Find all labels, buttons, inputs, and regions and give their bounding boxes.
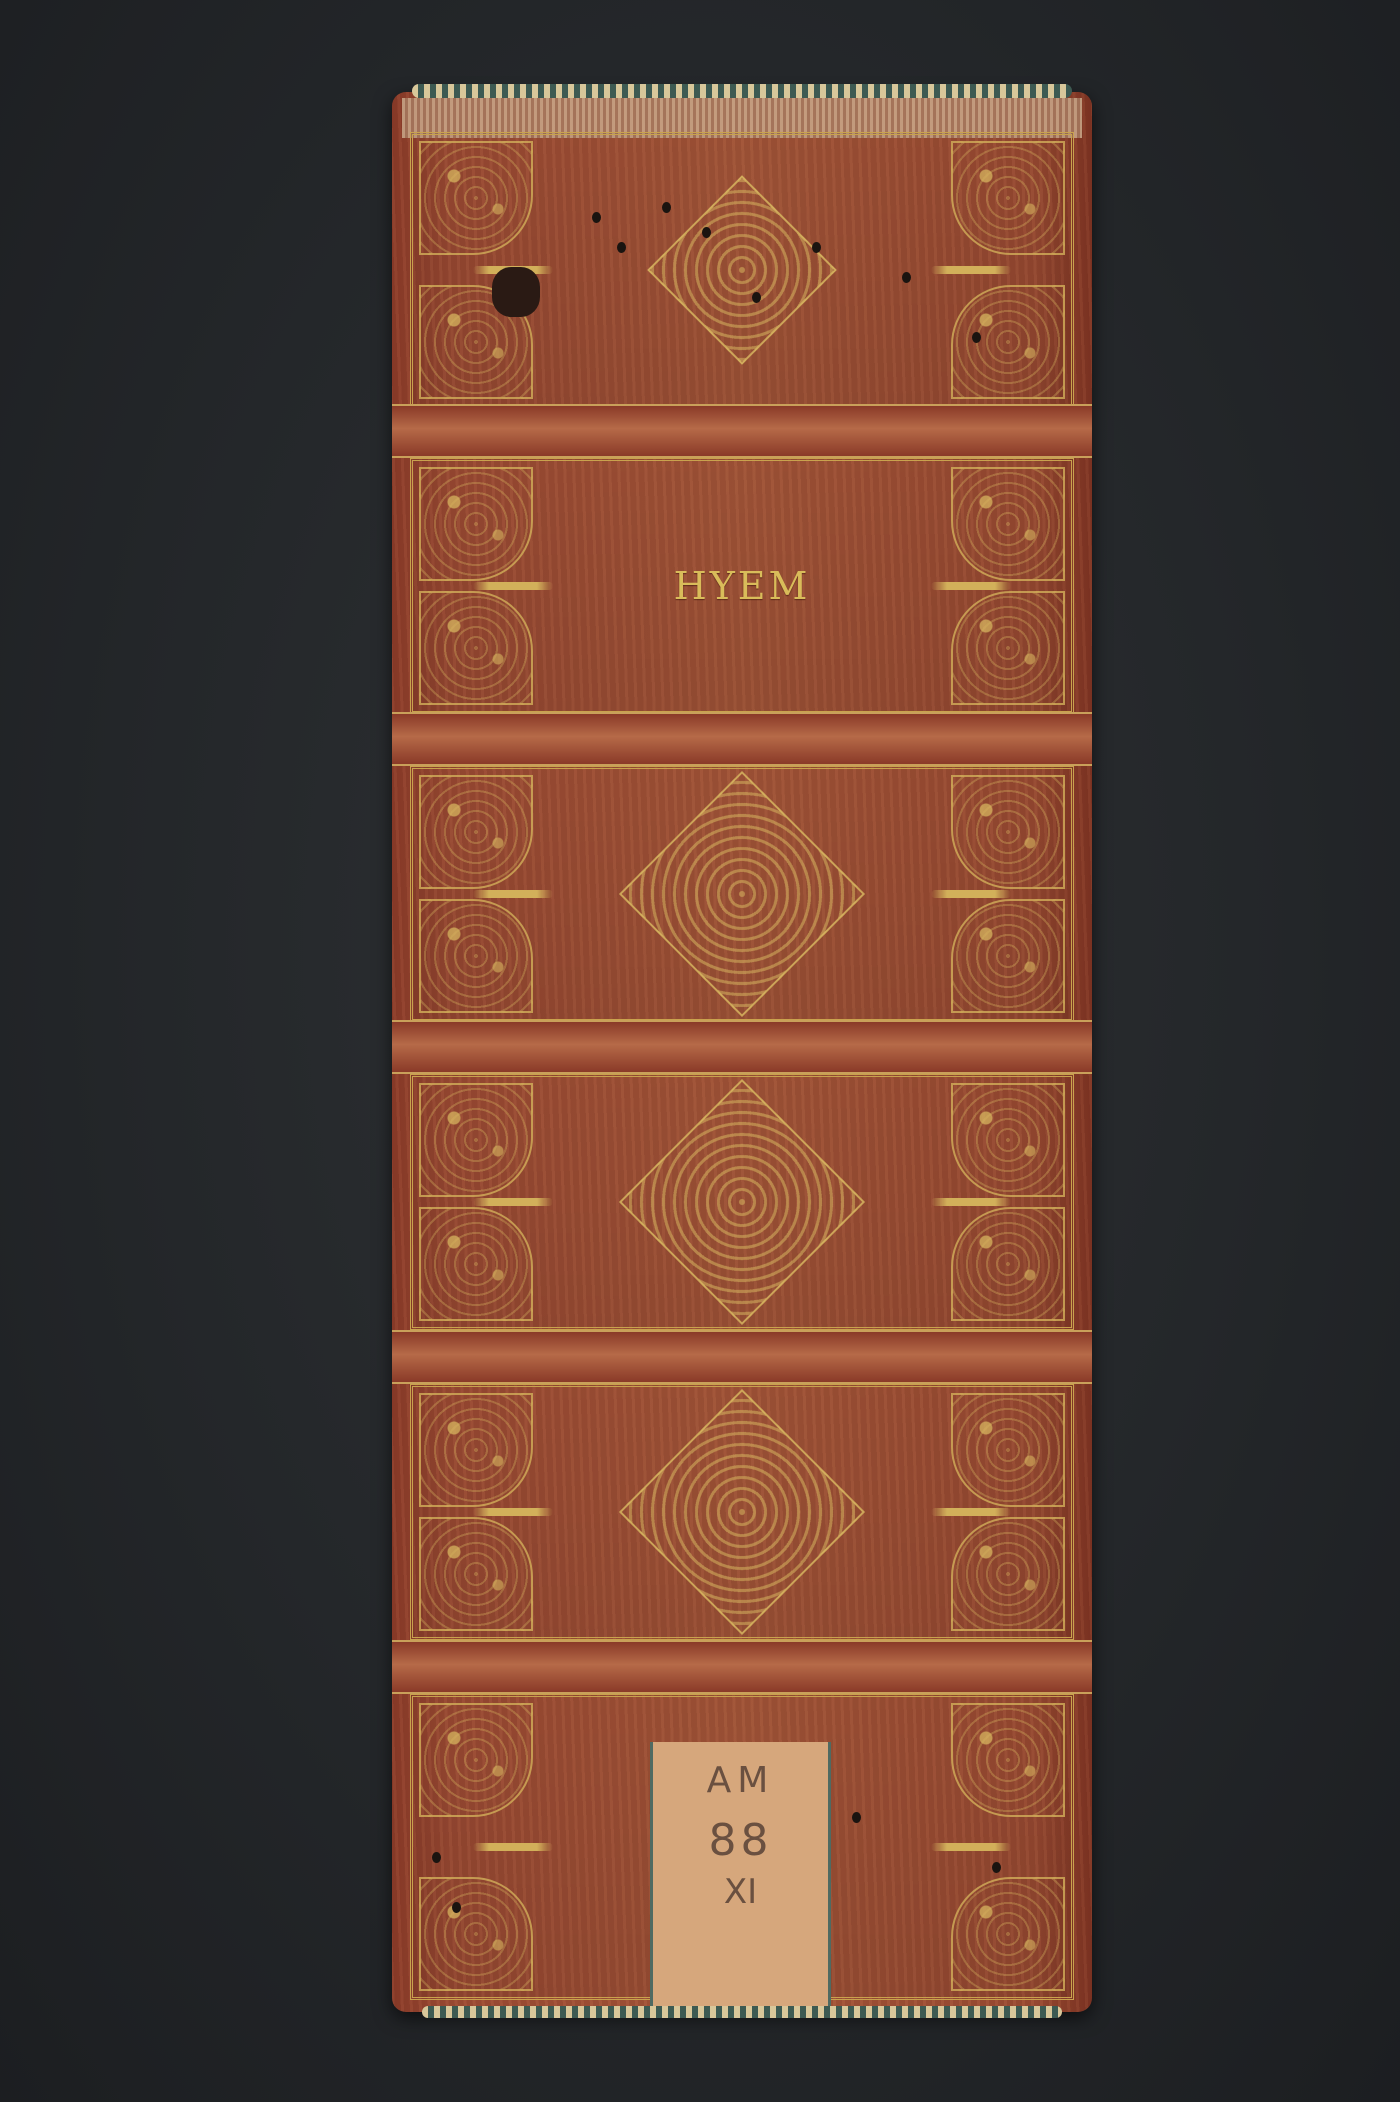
- gilt-corner-ornament: [951, 1517, 1065, 1631]
- worm-hole: [662, 202, 671, 213]
- worm-hole: [852, 1812, 861, 1823]
- worm-hole: [452, 1902, 461, 1913]
- gilt-corner-ornament: [419, 1877, 533, 1991]
- worm-hole: [617, 242, 626, 253]
- raised-band-4: [392, 1330, 1092, 1384]
- gilt-center-fleuron: [619, 1389, 865, 1635]
- leather-loss-patch: [492, 267, 540, 317]
- gilt-corner-ornament: [951, 899, 1065, 1013]
- raised-band-3: [392, 1020, 1092, 1074]
- gilt-corner-ornament: [419, 1083, 533, 1197]
- worm-hole: [752, 292, 761, 303]
- gilt-corner-ornament: [419, 591, 533, 705]
- gilt-center-fleuron: [619, 771, 865, 1017]
- gilt-corner-ornament: [951, 1083, 1065, 1197]
- gilt-side-ornament: [473, 1198, 553, 1206]
- gilt-corner-ornament: [419, 1207, 533, 1321]
- gilt-side-ornament: [931, 1508, 1011, 1516]
- gilt-side-ornament: [473, 890, 553, 898]
- spine-title: HYEM: [413, 564, 1071, 608]
- gilt-corner-ornament: [419, 775, 533, 889]
- gilt-side-ornament: [931, 1843, 1011, 1851]
- gilt-corner-ornament: [419, 1517, 533, 1631]
- gilt-side-ornament: [473, 1508, 553, 1516]
- gilt-corner-ornament: [951, 1877, 1065, 1991]
- worm-hole: [592, 212, 601, 223]
- gilt-corner-ornament: [951, 591, 1065, 705]
- book-spine: HYEM: [392, 92, 1092, 2012]
- raised-band-2: [392, 712, 1092, 766]
- shelf-mark-line-3: XI: [653, 1872, 828, 1912]
- worm-hole: [702, 227, 711, 238]
- gilt-side-ornament: [473, 1843, 553, 1851]
- worm-hole: [812, 242, 821, 253]
- gilt-corner-ornament: [419, 141, 533, 255]
- shelf-mark-line-2: 88: [653, 1815, 828, 1866]
- spine-panel-title: HYEM: [410, 458, 1074, 714]
- gilt-corner-ornament: [951, 1207, 1065, 1321]
- gilt-corner-ornament: [951, 1393, 1065, 1507]
- shelf-mark-line-1: AM: [653, 1760, 828, 1801]
- gilt-side-ornament: [931, 1198, 1011, 1206]
- gilt-corner-ornament: [951, 1703, 1065, 1817]
- gilt-corner-ornament: [951, 775, 1065, 889]
- gilt-corner-ornament: [419, 899, 533, 1013]
- spine-panel-5: [410, 1384, 1074, 1640]
- gilt-side-ornament: [931, 890, 1011, 898]
- spine-panel-3: [410, 766, 1074, 1022]
- shelf-mark-label: AM 88 XI: [650, 1742, 831, 2012]
- gilt-corner-ornament: [951, 141, 1065, 255]
- raised-band-1: [392, 404, 1092, 458]
- headband: [412, 84, 1072, 98]
- tailband: [422, 2006, 1062, 2018]
- raised-band-5: [392, 1640, 1092, 1694]
- worm-hole: [992, 1862, 1001, 1873]
- gilt-center-fleuron: [619, 1079, 865, 1325]
- worm-hole: [432, 1852, 441, 1863]
- worm-hole: [972, 332, 981, 343]
- gilt-corner-ornament: [419, 1393, 533, 1507]
- gilt-center-fleuron: [647, 175, 837, 365]
- gilt-corner-ornament: [951, 285, 1065, 399]
- gilt-side-ornament: [931, 266, 1011, 274]
- worm-hole: [902, 272, 911, 283]
- gilt-corner-ornament: [419, 1703, 533, 1817]
- spine-panel-4: [410, 1074, 1074, 1330]
